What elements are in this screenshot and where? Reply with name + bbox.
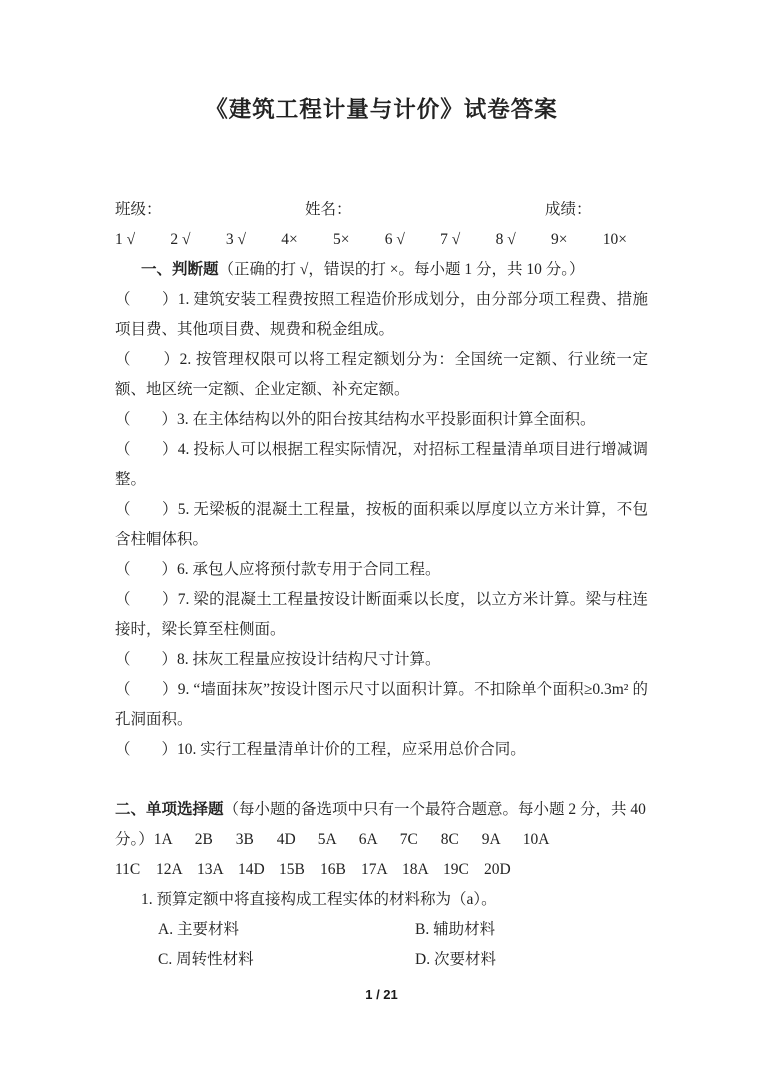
- page-title: 《建筑工程计量与计价》试卷答案: [115, 93, 648, 127]
- judgment-item-7: （ ）7. 梁的混凝土工程量按设计断面乘以长度，以立方米计算。梁与柱连接时，梁长…: [115, 585, 648, 645]
- judgment-answer-row: 1 √ 2 √ 3 √ 4× 5× 6 √ 7 √ 8 √ 9× 10×: [115, 225, 627, 255]
- question-1-options-row-2: C. 周转性材料 D. 次要材料: [158, 945, 648, 975]
- section1-heading: 一、判断题: [141, 261, 219, 278]
- mc-answer: 19C: [443, 855, 484, 885]
- mc-answer: 1A: [154, 825, 195, 855]
- mc-answer: 2B: [195, 825, 236, 855]
- judgment-answer: 7 √: [440, 225, 460, 255]
- student-info-row: 班级： 姓名： 成绩：: [115, 195, 648, 225]
- mc-answer: 10A: [523, 825, 564, 855]
- mc-answer: 7C: [400, 825, 441, 855]
- judgment-item-9: （ ）9. “墙面抹灰”按设计图示尺寸以面积计算。不扣除单个面积≥0.3m² 的…: [115, 675, 648, 735]
- judgment-item-10: （ ）10. 实行工程量清单计价的工程，应采用总价合同。: [115, 735, 648, 765]
- mc-answer: 4D: [277, 825, 318, 855]
- class-field-label: 班级：: [115, 195, 305, 225]
- judgment-item-1: （ ）1. 建筑安装工程费按照工程造价形成划分，由分部分项工程费、措施项目费、其…: [115, 285, 648, 345]
- mc-answer: 5A: [318, 825, 359, 855]
- judgment-item-5: （ ）5. 无梁板的混凝土工程量，按板的面积乘以厚度以立方米计算，不包含柱帽体积…: [115, 495, 648, 555]
- judgment-answer: 1 √: [115, 225, 135, 255]
- option-a: A. 主要材料: [158, 915, 415, 945]
- mc-answer: 6A: [359, 825, 400, 855]
- judgment-answer: 9×: [551, 225, 568, 255]
- section2-heading: 二、单项选择题: [115, 801, 224, 818]
- section2-heading-note: （每小题的备选项中只有一个最符合题意。每小题 2 分，共 40: [224, 801, 646, 818]
- section2: 二、单项选择题（每小题的备选项中只有一个最符合题意。每小题 2 分，共 40 分…: [115, 795, 648, 975]
- judgment-answer: 8 √: [496, 225, 516, 255]
- option-b: B. 辅助材料: [415, 915, 648, 945]
- mc-answer: 12A: [156, 855, 197, 885]
- mc-answer: 18A: [402, 855, 443, 885]
- option-c: C. 周转性材料: [158, 945, 415, 975]
- mc-answer: 13A: [197, 855, 238, 885]
- mc-answer: 20D: [484, 855, 525, 885]
- mc-answer: 14D: [238, 855, 279, 885]
- mc-answer-row-2: 11C12A13A14D15B16B17A18A19C20D: [115, 855, 648, 885]
- name-field-label: 姓名：: [305, 195, 545, 225]
- option-d: D. 次要材料: [415, 945, 648, 975]
- question-1-options-row-1: A. 主要材料 B. 辅助材料: [158, 915, 648, 945]
- judgment-item-4: （ ）4. 投标人可以根据工程实际情况，对招标工程量清单项目进行增减调整。: [115, 435, 648, 495]
- judgment-item-2: （ ）2. 按管理权限可以将工程定额划分为：全国统一定额、行业统一定额、地区统一…: [115, 345, 648, 405]
- judgment-answer: 6 √: [385, 225, 405, 255]
- mc-answer: 17A: [361, 855, 402, 885]
- mc-answer: 16B: [320, 855, 361, 885]
- document-page: 《建筑工程计量与计价》试卷答案 班级： 姓名： 成绩： 1 √ 2 √ 3 √ …: [0, 0, 763, 1080]
- section2-heading-line: 二、单项选择题（每小题的备选项中只有一个最符合题意。每小题 2 分，共 40: [115, 795, 648, 825]
- judgment-answer: 5×: [333, 225, 350, 255]
- section1-heading-note: （正确的打 √，错误的打 ×。每小题 1 分，共 10 分。）: [219, 261, 585, 278]
- score-field-label: 成绩：: [545, 195, 648, 225]
- judgment-answer: 10×: [603, 225, 627, 255]
- judgment-answer: 2 √: [170, 225, 190, 255]
- page-number: 1 / 21: [0, 987, 763, 1002]
- mc-answer: 11C: [115, 855, 156, 885]
- mc-answer: 8C: [441, 825, 482, 855]
- judgment-answer: 3 √: [226, 225, 246, 255]
- judgment-item-3: （ ）3. 在主体结构以外的阳台按其结构水平投影面积计算全面积。: [115, 405, 648, 435]
- judgment-item-8: （ ）8. 抹灰工程量应按设计结构尺寸计算。: [115, 645, 648, 675]
- mc-answer: 3B: [236, 825, 277, 855]
- section2-note-continuation: 分。）: [115, 831, 154, 848]
- section1-heading-line: 一、判断题（正确的打 √，错误的打 ×。每小题 1 分，共 10 分。）: [115, 255, 648, 285]
- mc-answer: 9A: [482, 825, 523, 855]
- mc-answer-row-1: 分。）1A2B3B4D5A6A7C8C9A10A: [115, 825, 648, 855]
- mc-answer: 15B: [279, 855, 320, 885]
- judgment-answer: 4×: [281, 225, 298, 255]
- question-1-text: 1. 预算定额中将直接构成工程实体的材料称为（a）。: [115, 885, 648, 915]
- judgment-item-6: （ ）6. 承包人应将预付款专用于合同工程。: [115, 555, 648, 585]
